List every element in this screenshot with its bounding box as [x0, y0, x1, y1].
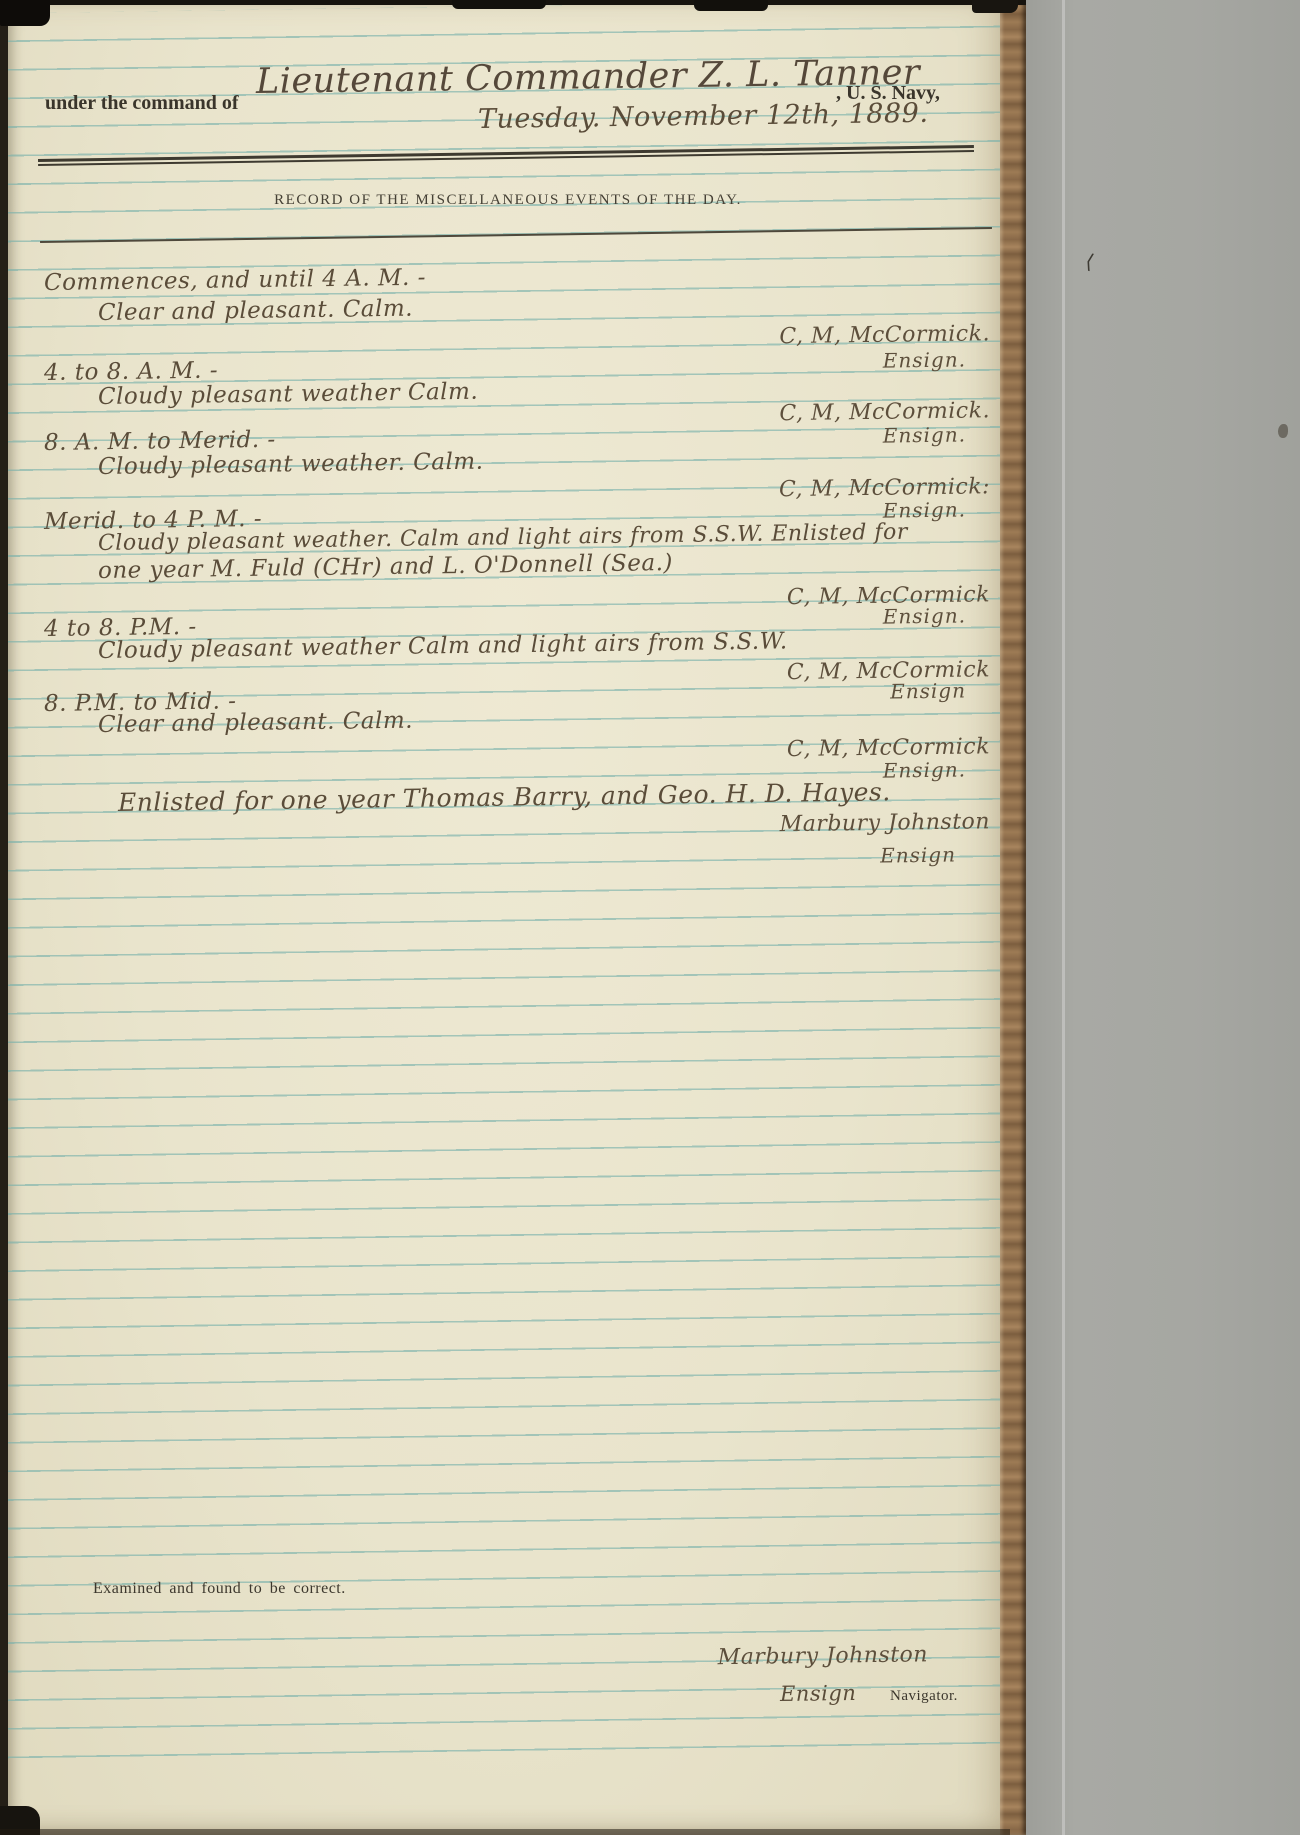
entry-remarks: Clear and pleasant. Calm.: [98, 708, 413, 738]
scan-edge-left: [0, 0, 8, 1835]
scan-shadow-blob: [0, 0, 50, 26]
edge-speck: [1278, 424, 1288, 438]
scan-edge-bottom: [0, 1829, 1010, 1835]
date-handwritten: Tuesday. November 12th, 1889.: [478, 98, 929, 135]
examined-statement: Examined and found to be correct.: [93, 1580, 346, 1598]
ruled-lines: [8, 0, 1006, 1772]
entry-heading: Commences, and until 4 A. M. -: [44, 265, 426, 296]
navigator-rank-handwritten: Ensign: [780, 1681, 857, 1706]
book-fore-edge: [1000, 0, 1026, 1835]
entry-remarks: Cloudy pleasant weather Calm.: [98, 379, 479, 410]
scan-shadow-blob: [694, 0, 768, 11]
printed-command-prefix: under the command of: [45, 92, 239, 115]
backing-board: [1026, 0, 1300, 1835]
scan-shadow-blob: [972, 0, 1018, 13]
logbook-page: under the command of Lieutenant Commande…: [8, 0, 1006, 1835]
navigator-printed-title: Navigator.: [890, 1688, 958, 1705]
section-title: RECORD OF THE MISCELLANEOUS EVENTS OF TH…: [8, 192, 1006, 209]
scan-shadow-blob: [452, 0, 546, 9]
entry-remarks: Cloudy pleasant weather. Calm.: [98, 449, 484, 480]
entry-remarks: Clear and pleasant. Calm.: [98, 296, 413, 326]
logbook-scan: ⟨ under the command of Lieutenant Comman…: [0, 0, 1300, 1835]
addendum-signature-rank: Ensign: [596, 842, 956, 871]
backing-seam: [1062, 0, 1065, 1835]
